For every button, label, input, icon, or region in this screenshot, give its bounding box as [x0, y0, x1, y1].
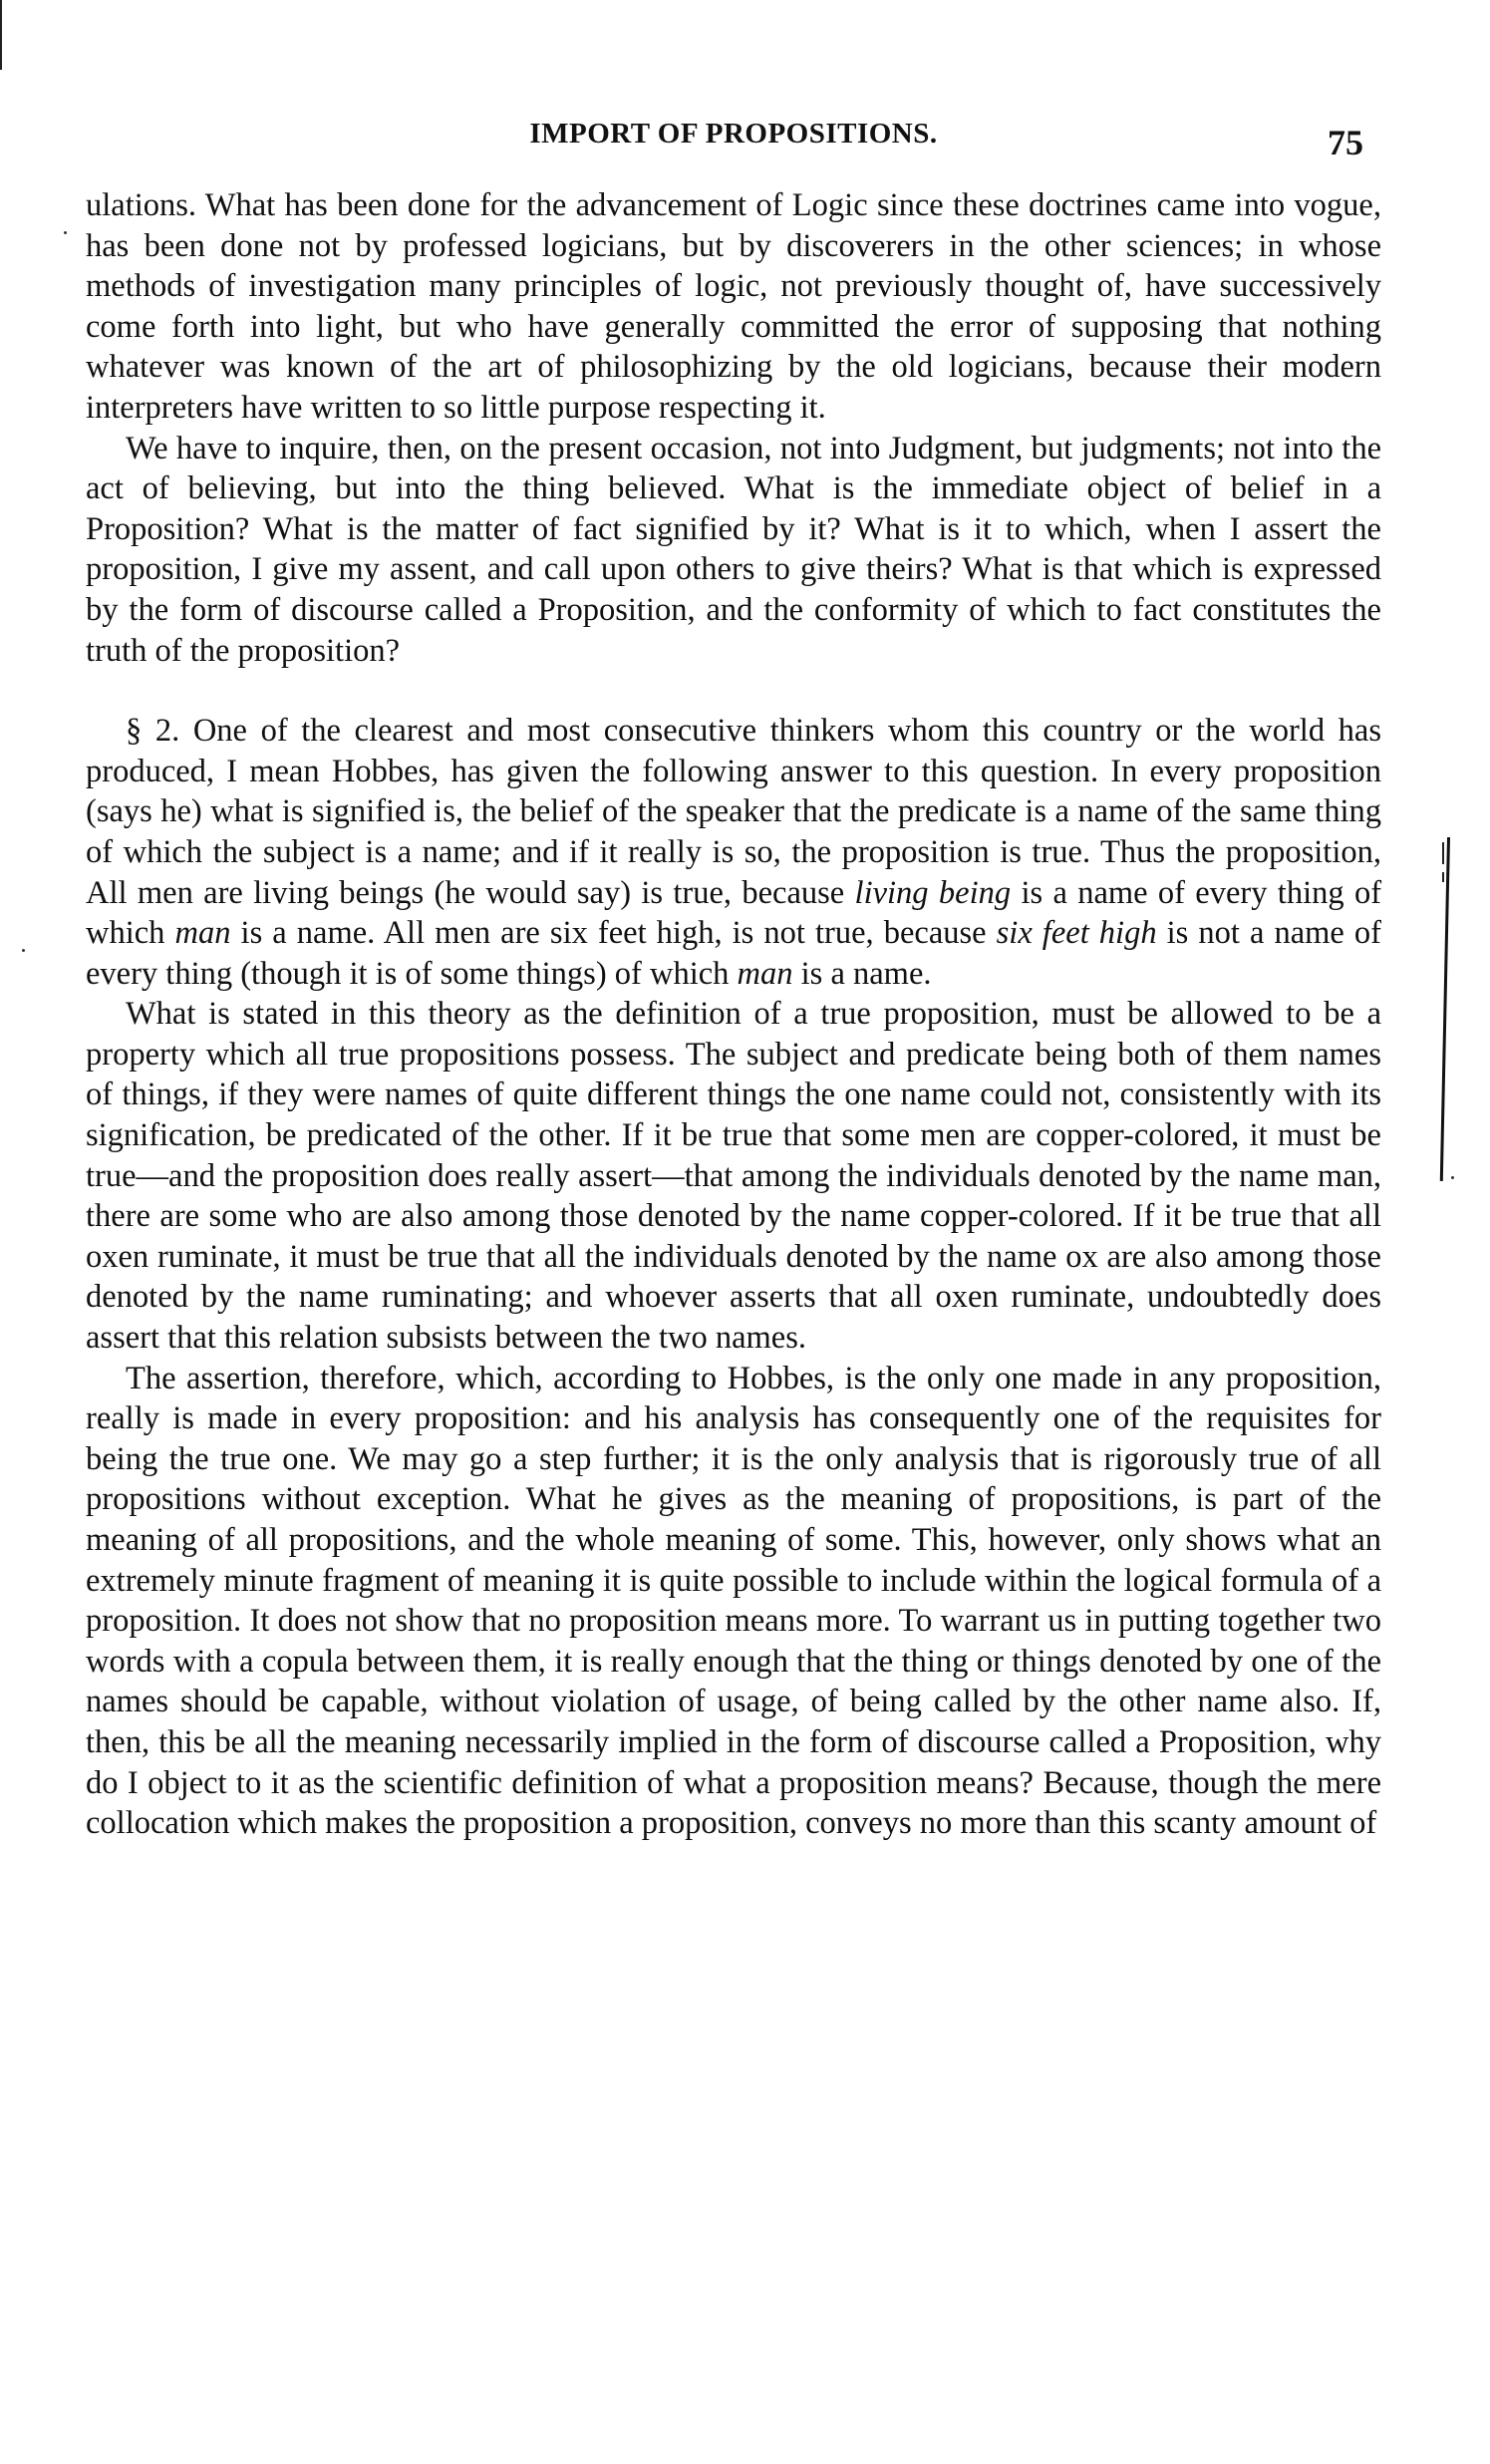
italic-term: man: [738, 956, 793, 992]
stray-mark: [22, 949, 25, 952]
margin-annotation-tick: [1451, 1176, 1454, 1179]
stray-mark: [64, 231, 67, 234]
paragraph-5: The assertion, therefore, which, accordi…: [86, 1359, 1381, 1844]
paragraph-1: ulations. What has been done for the adv…: [86, 185, 1381, 429]
text-run: What is stated in this theory as the def…: [86, 996, 1381, 1356]
paragraph-4: What is stated in this theory as the def…: [86, 994, 1381, 1358]
running-head: IMPORT OF PROPOSITIONS. 75: [86, 112, 1381, 161]
body-text: ulations. What has been done for the adv…: [86, 185, 1381, 1844]
italic-term: man: [175, 915, 231, 951]
paragraph-section-2: § 2. One of the clearest and most consec…: [86, 711, 1381, 994]
text-run: is a name.: [793, 956, 932, 992]
margin-annotation-line: [1440, 837, 1450, 1181]
text-run: We have to inquire, then, on the present…: [86, 431, 1381, 669]
margin-annotation-dash: [1442, 872, 1444, 882]
italic-term: six feet high: [997, 915, 1157, 951]
italic-term: living being: [855, 875, 1012, 911]
page-number: 75: [1328, 122, 1363, 163]
margin-annotation-dash: [1442, 842, 1444, 864]
paragraph-2: We have to inquire, then, on the present…: [86, 429, 1381, 672]
text-run: ulations. What has been done for the adv…: [86, 187, 1381, 426]
text-run: is a name. All men are six feet high, is…: [230, 915, 996, 951]
text-run: The assertion, therefore, which, accordi…: [86, 1361, 1381, 1842]
running-title: IMPORT OF PROPOSITIONS.: [86, 118, 1381, 151]
scan-edge-mark: [0, 0, 2, 70]
